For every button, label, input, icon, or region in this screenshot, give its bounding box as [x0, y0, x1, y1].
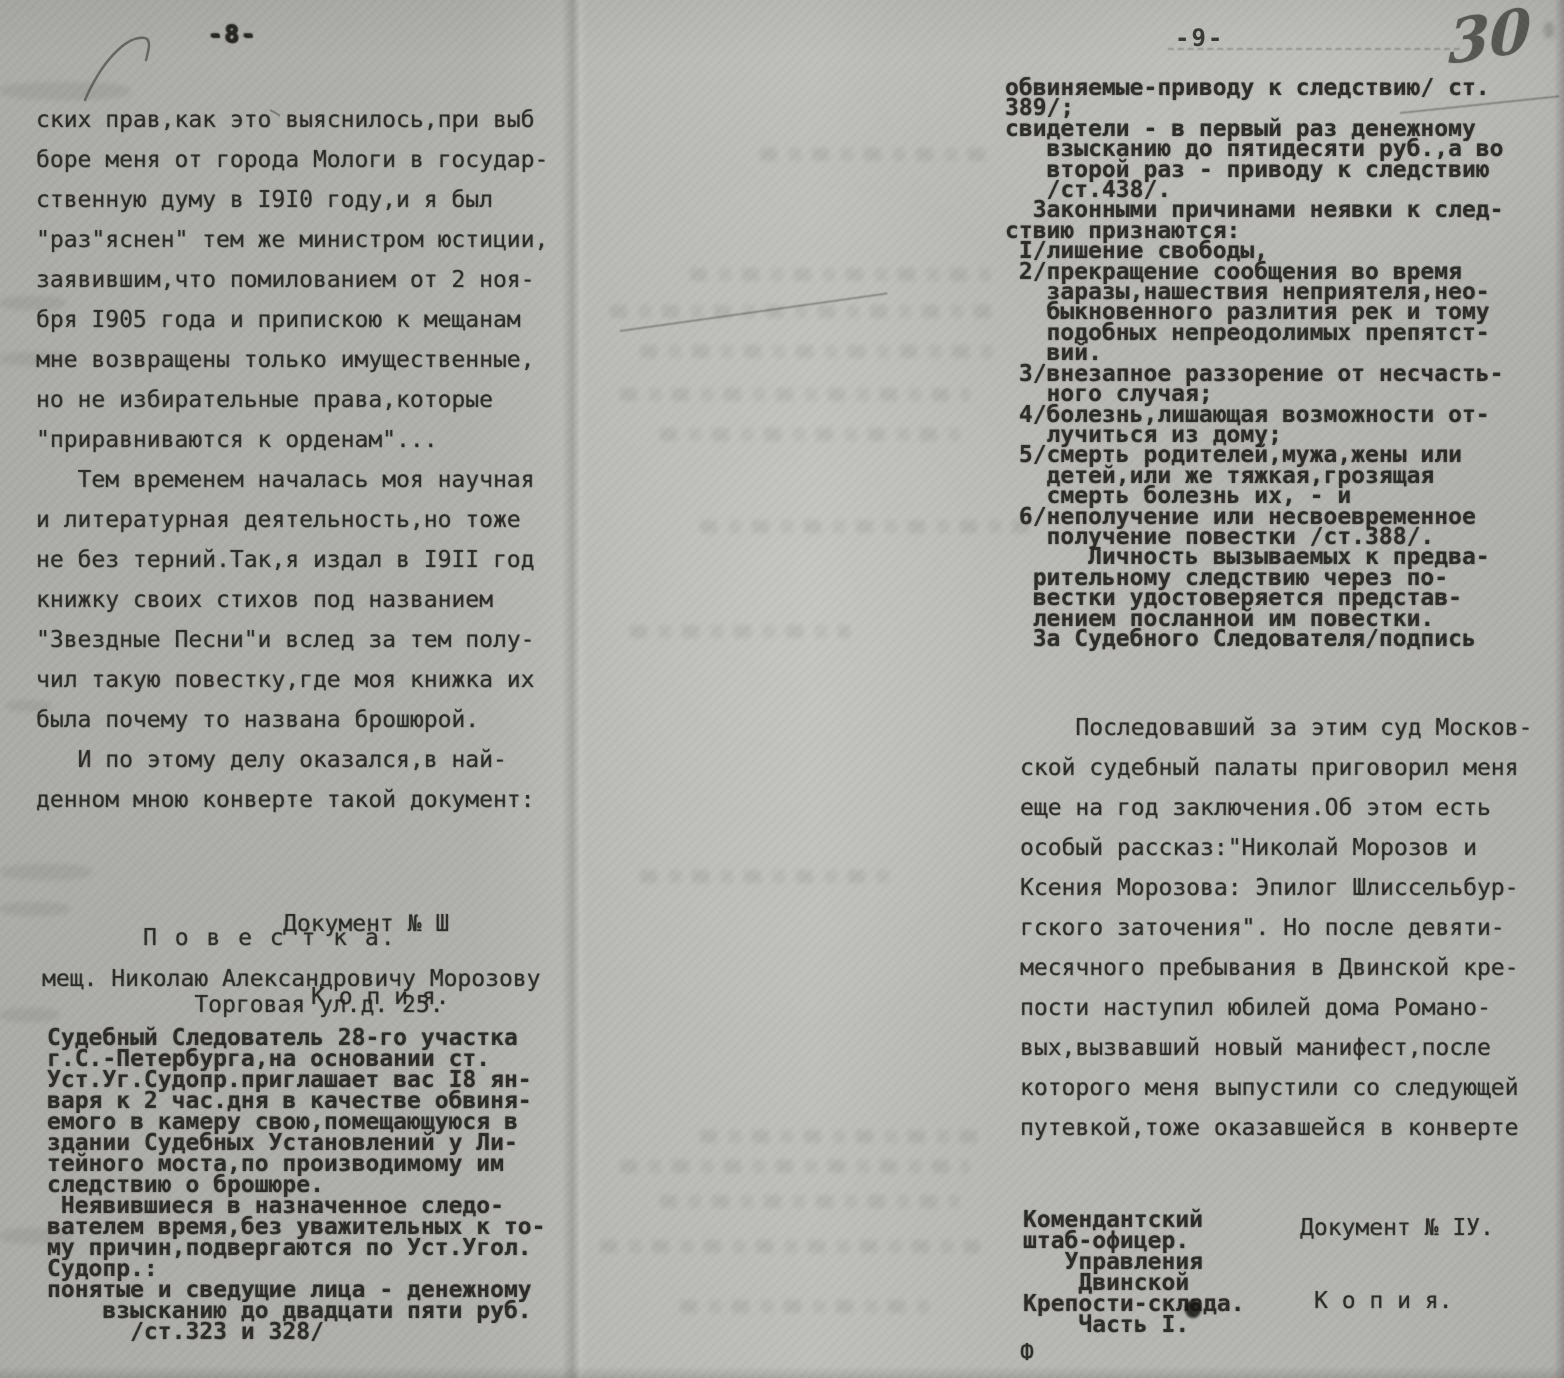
- text-line: которого меня выпустили со следующей: [1020, 1068, 1532, 1108]
- scratch-mark: [620, 292, 888, 331]
- ghost-text: [610, 305, 1000, 318]
- text-line: /ст.323 и 328/: [47, 1322, 546, 1343]
- text-line: Торговая ул.д. 25.: [42, 992, 541, 1018]
- text-line: была почему то названа брошюрой.: [36, 700, 548, 740]
- text-line: "раз"яснен" тем же министром юстиции,: [36, 220, 548, 260]
- text-line: еще на год заключения.Об этом есть: [1020, 788, 1532, 828]
- text-line: денном мною конверте такой документ:: [36, 780, 548, 820]
- text-line: обвиняемые-приводу к следствию/ ст.: [1005, 78, 1504, 98]
- text-line: Последовавший за этим суд Москов-: [1020, 708, 1532, 748]
- text-line: бря I905 года и припискою к мещанам: [36, 300, 548, 340]
- text-line: мещ. Николаю Александровичу Морозову: [42, 966, 541, 992]
- text-line: и литературная деятельность,но тоже: [36, 500, 548, 540]
- document-4-label: Документ № IУ.: [1300, 1218, 1494, 1239]
- ghost-text: [660, 428, 960, 441]
- ink-smudge: [0, 902, 70, 916]
- ink-smudge: [0, 864, 92, 880]
- text-line: ских прав,как это выяснилось,при выб: [36, 100, 548, 140]
- ghost-text: [640, 345, 1000, 358]
- text-line: мне возвращены только имущественные,: [36, 340, 548, 380]
- commandant-block: Комендантскийштаб-офицер. Управления Дви…: [1023, 1210, 1245, 1336]
- text-line: но не избирательные права,которые: [36, 380, 548, 420]
- ghost-text: [690, 268, 1000, 281]
- scanned-document: -8- ских прав,как это выяснилось,при выб…: [0, 0, 1564, 1378]
- ghost-text: [700, 1130, 990, 1143]
- summons-title: П о в е с т к а.: [143, 925, 397, 951]
- text-line: "приравниваются к орденам"...: [36, 420, 548, 460]
- ghost-text: [700, 520, 1030, 533]
- ghost-text: [630, 625, 850, 638]
- ghost-text: [680, 1300, 940, 1313]
- dashed-rule: [1168, 48, 1460, 50]
- summons-body: Судебный Следователь 28-го участкаг.С.-П…: [47, 1028, 546, 1343]
- text-line: Ксения Морозова: Эпилог Шлиссельбур-: [1020, 868, 1532, 908]
- ink-smudge: [0, 82, 130, 100]
- left-body-paragraphs: ских прав,как это выяснилось,при выбборе…: [36, 100, 548, 820]
- addressee-block: мещ. Николаю Александровичу Морозову Тор…: [42, 966, 541, 1018]
- text-line: Тем временем началась моя научная: [36, 460, 548, 500]
- page-number-left: -8-: [208, 20, 257, 48]
- copy-label: К о п и я.: [1300, 1291, 1494, 1312]
- handwritten-page-number: 30: [1448, 0, 1532, 79]
- text-line: путевкой,тоже оказавшейся в конверте: [1020, 1108, 1532, 1148]
- text-line: гского заточения". Но после девяти-: [1020, 908, 1532, 948]
- text-line: чил такую повестку,где моя книжка их: [36, 660, 548, 700]
- ghost-text: [660, 1195, 960, 1208]
- ghost-text: [760, 148, 990, 161]
- ghost-text: [600, 1240, 980, 1253]
- text-line: не без терний.Так,я издал в I9II год: [36, 540, 548, 580]
- text-line: месячного пребывания в Двинской кре-: [1020, 948, 1532, 988]
- footer-letter: Ф: [1020, 1340, 1034, 1366]
- text-line: ственную думу в I9I0 году,и я был: [36, 180, 548, 220]
- ghost-text: [620, 1160, 970, 1173]
- page-fold-crease: [562, 0, 588, 1378]
- sheet-edge: [1554, 0, 1564, 1378]
- text-line: За Судебного Следователя/подпись: [1005, 629, 1504, 649]
- sheet-edge: [0, 1366, 1564, 1378]
- ghost-text: [620, 388, 970, 401]
- text-line: И по этому делу оказался,в най-: [36, 740, 548, 780]
- text-line: особый рассказ:"Николай Морозов и: [1020, 828, 1532, 868]
- ghost-text: [640, 870, 900, 883]
- text-line: вых,вызвавший новый манифест,после: [1020, 1028, 1532, 1068]
- text-line: Часть I.: [1023, 1315, 1245, 1336]
- pen-tick: [1544, 22, 1554, 38]
- text-line: книжку своих стихов под названием: [36, 580, 548, 620]
- text-line: ской судебный палаты приговорил меня: [1020, 748, 1532, 788]
- text-line: "Звездные Песни"и вслед за тем полу-: [36, 620, 548, 660]
- narrative-paragraph: Последовавший за этим суд Москов-ской су…: [1020, 708, 1532, 1148]
- text-line: пости наступил юбилей дома Романо-: [1020, 988, 1532, 1028]
- document-4-header: Документ № IУ. К о п и я.: [1300, 1166, 1494, 1364]
- rules-block: обвиняемые-приводу к следствию/ ст.389/;…: [1005, 78, 1504, 649]
- text-line: заявившим,что помилованием от 2 ноя-: [36, 260, 548, 300]
- text-line: боре меня от города Мологи в государ-: [36, 140, 548, 180]
